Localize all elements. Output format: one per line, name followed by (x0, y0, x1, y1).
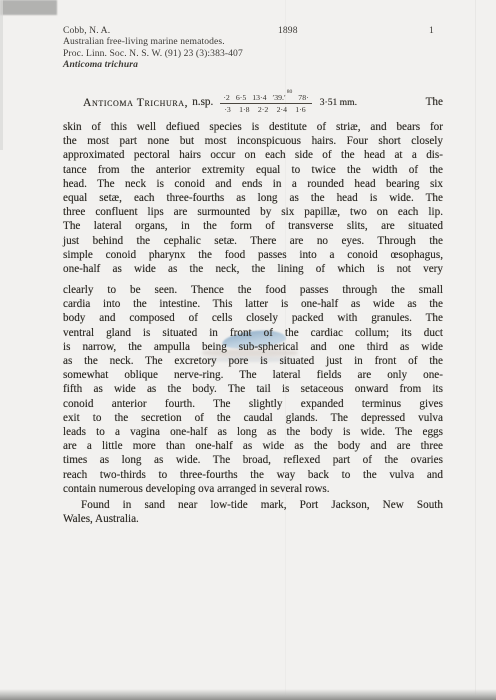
text-line: Wales, Australia. (63, 512, 443, 526)
citation: Proc. Linn. Soc. N. S. W. (91) 23 (3):38… (63, 48, 443, 59)
text-line: are a little more than one-half as wide … (63, 439, 443, 453)
scan-bottom-edge (0, 689, 496, 700)
author-line: Cobb, N. A. (63, 25, 443, 36)
text-line: equal setæ, each three-fourths as long a… (63, 191, 443, 205)
reference-header: Cobb, N. A. 1898 1 Australian free-livin… (63, 25, 443, 71)
text-line: reach two-thirds to three-fourths the wa… (63, 468, 443, 482)
text-line: as the neck. The excretory pore is situa… (63, 354, 443, 368)
text-line: one-half as wide as the neck, the lining… (63, 262, 443, 276)
paragraph-locality: Found in sand near low-tide mark, Port J… (63, 498, 443, 526)
formula-numerator: ·2 6·5 13·4 ′39.′80 78· (220, 93, 311, 104)
formula-denominator: ·3 1·8 2·2 2·4 1·6 (220, 104, 311, 114)
species-name: Anticoma Trichura, (83, 96, 188, 109)
text-line: head. The neck is conoid and ends in a r… (63, 177, 443, 191)
text-line: the most part none but most inconspicuou… (63, 134, 443, 148)
text-line: body and composed of cells closely packe… (63, 311, 443, 325)
text-line: somewhat oblique nerve-ring. The lateral… (63, 368, 443, 382)
scanned-paper-page: Cobb, N. A. 1898 1 Australian free-livin… (0, 0, 496, 700)
text-line: exit to the secretion of the caudal glan… (63, 411, 443, 425)
text-line: approximated pectoral hairs occur on eac… (63, 148, 443, 162)
text-line: clearly to be seen. Thence the food pass… (63, 283, 443, 297)
body-length-value: 3·51 mm. (320, 97, 357, 108)
paragraph-1: skin of this well defiued species is des… (63, 120, 443, 276)
paragraph-2: clearly to be seen. Thence the food pass… (63, 283, 443, 496)
text-line: Found in sand near low-tide mark, Port J… (63, 498, 443, 512)
vulva-percent-superscript: 80 (287, 89, 293, 95)
text-line: tance from the anterior extremity equal … (63, 163, 443, 177)
scan-left-edge (0, 0, 3, 150)
year-label: 1898 (278, 25, 298, 36)
text-line: The lateral organs, in the form of trans… (63, 219, 443, 233)
text-line: conoid anterior fourth. The slightly exp… (63, 397, 443, 411)
text-line: three confluent lips are surmounted by s… (63, 205, 443, 219)
text-line: cardia into the intestine. This latter i… (63, 297, 443, 311)
scan-corner-artifact (0, 0, 57, 15)
text-line: leads to a vagina one-half as long as th… (63, 425, 443, 439)
measurement-formula: ·2 6·5 13·4 ′39.′80 78· ·3 1·8 2·2 2·4 1… (220, 93, 311, 114)
text-line: ventral gland is situated in front of th… (63, 326, 443, 340)
text-line: contain numerous developing ova arranged… (63, 482, 443, 496)
page-number: 1 (429, 25, 434, 36)
work-title: Australian free-living marine nematodes. (63, 36, 443, 47)
text-line: fifth as wide as the body. The tail is s… (63, 382, 443, 396)
species-description-first-line: Anticoma Trichura, n.sp. ·2 6·5 13·4 ′39… (63, 93, 443, 114)
text-line: skin of this well defiued species is des… (63, 120, 443, 134)
first-line-end-word: The (426, 96, 443, 108)
text-line: is narrow, the ampulla being sub-spheric… (63, 340, 443, 354)
new-species-label: n.sp. (192, 96, 213, 108)
species-header: Anticoma trichura (63, 59, 443, 70)
text-line: simple conoid pharynx the food passes in… (63, 248, 443, 262)
scan-fold-line (475, 0, 476, 700)
text-line: just behind the cephalic setæ. There are… (63, 234, 443, 248)
text-line: times as long as wide. The broad, reflex… (63, 453, 443, 467)
